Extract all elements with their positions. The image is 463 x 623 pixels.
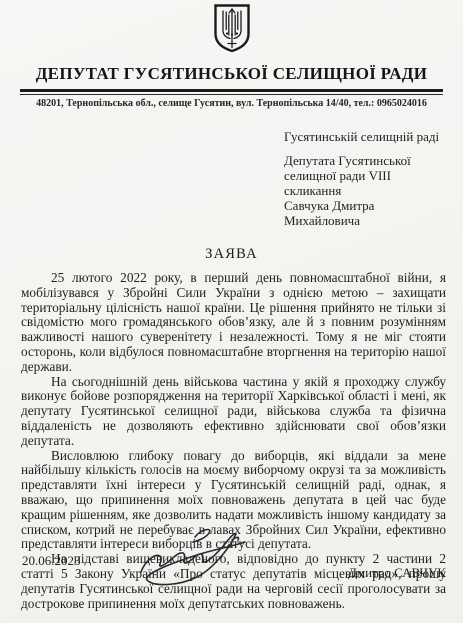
recipient-from-line: Депутата Гусятинської [284, 153, 448, 168]
letterhead-title: ДЕПУТАТ ГУСЯТИНСЬКОЇ СЕЛИЩНОЇ РАДИ [0, 64, 463, 84]
recipient-block: Гусятинській селищній раді Депутата Гуся… [284, 129, 448, 228]
letterhead-address: 48201, Тернопільська обл., селище Гусяти… [0, 98, 463, 109]
document-date: 20.06.2023 [22, 553, 81, 569]
body-paragraph: 25 лютого 2022 року, в перший день повно… [21, 271, 446, 375]
letterhead-divider [20, 89, 443, 95]
body-paragraph: На сьогоднішній день військова частина у… [21, 375, 446, 449]
document-title: ЗАЯВА [0, 246, 463, 263]
ukraine-trident-emblem-icon [0, 0, 463, 52]
recipient-addressee: Гусятинській селищній раді [284, 129, 448, 144]
signer-name: Дмитро САВЧУК [348, 565, 446, 581]
recipient-from-line: селищної ради VIII скликання [284, 168, 448, 198]
signature-icon [133, 527, 251, 599]
recipient-from-line: Савчука Дмитра Михайловича [284, 198, 448, 228]
document-page: ДЕПУТАТ ГУСЯТИНСЬКОЇ СЕЛИЩНОЇ РАДИ 48201… [0, 0, 463, 623]
